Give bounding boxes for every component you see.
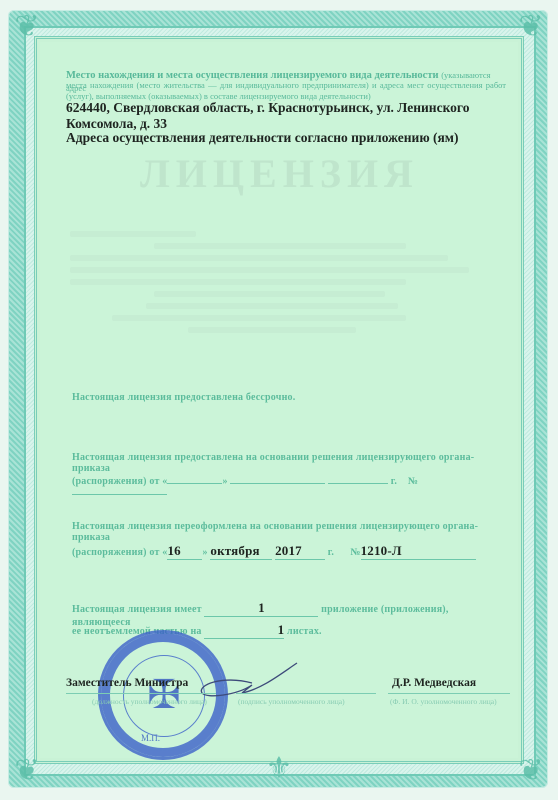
grant-quote-close: »	[222, 476, 227, 487]
appendix-count-field: 1	[204, 600, 318, 617]
address-note: Адреса осуществления деятельности соглас…	[66, 130, 516, 146]
signature-underline	[236, 693, 376, 694]
stamp-label: М.П.	[141, 733, 160, 743]
grant-year-field	[328, 483, 388, 484]
reverse-side-show-through: ЛИЦЕНЗИЯ	[140, 150, 419, 197]
reissue-basis-order: (распоряжения) от «16» октября 2017 г. №…	[72, 543, 502, 560]
appendix-sheets-after: листах.	[287, 626, 322, 637]
grant-month-field	[230, 483, 325, 484]
ornament-corner-icon: ❦	[514, 754, 548, 788]
reissue-day-field: 16	[167, 543, 202, 560]
ornament-bottom-center-icon: ⚜	[262, 752, 296, 786]
reissue-quote-close: »	[202, 547, 207, 558]
caption-signature: (подпись уполномоченного лица)	[238, 697, 345, 706]
signatory-position: Заместитель Министра	[66, 677, 188, 689]
reissue-number-prefix: №	[350, 547, 360, 558]
header-note: места нахождения (место жительства — для…	[66, 80, 506, 102]
signatory-name: Д.Р. Медведская	[392, 677, 476, 689]
caption-name: (Ф. И. О. уполномоченного лица)	[390, 697, 497, 706]
ornament-corner-icon: ❦	[514, 10, 548, 44]
grant-number-prefix: №	[408, 476, 418, 487]
reissue-year-field: 2017	[275, 543, 325, 560]
grant-basis-order: (распоряжения) от «» г. №	[72, 476, 502, 498]
grant-basis-text: Настоящая лицензия предоставлена на осно…	[72, 452, 492, 474]
ornament-corner-icon: ❦	[10, 10, 44, 44]
reissue-order-prefix: (распоряжения) от «	[72, 547, 167, 558]
address-line: 624440, Свердловская область, г. Краснот…	[66, 100, 516, 132]
reissue-year-suffix: г.	[328, 547, 334, 558]
grant-number-field	[72, 494, 167, 495]
reissue-number-field: 1210-Л	[361, 543, 476, 560]
appendix-text-before: Настоящая лицензия имеет	[72, 604, 202, 615]
grant-order-prefix: (распоряжения) от «	[72, 476, 167, 487]
reverse-side-show-through-lines	[70, 225, 490, 339]
appendix-sheets-field: 1	[204, 622, 284, 639]
grant-day-field	[167, 483, 222, 484]
name-underline	[388, 693, 510, 694]
grant-year-suffix: г.	[391, 476, 397, 487]
caption-position: (должность уполномоченного лица)	[92, 697, 207, 706]
ornament-corner-icon: ❦	[10, 754, 44, 788]
term-statement: Настоящая лицензия предоставлена бессроч…	[72, 392, 295, 403]
position-underline	[66, 693, 216, 694]
reissue-basis-text: Настоящая лицензия переоформлена на осно…	[72, 521, 492, 543]
reissue-month-field: октября	[210, 543, 272, 560]
license-sheet: ❦ ❦ ❦ ❦ ⚜ ЛИЦЕНЗИЯ Место нахождения и ме…	[0, 0, 558, 800]
